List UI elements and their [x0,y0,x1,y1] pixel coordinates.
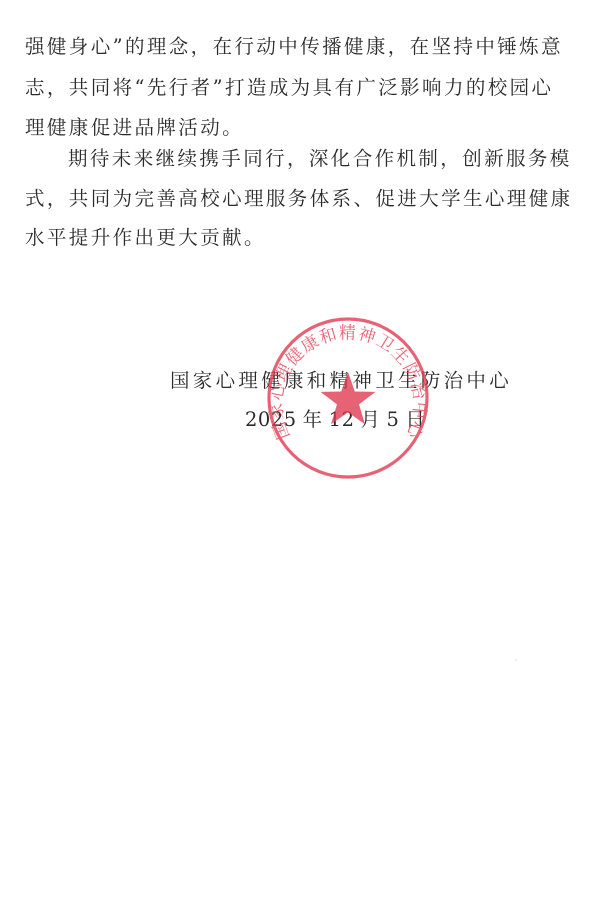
date-month: 12 [329,408,355,431]
date-year: 2025 [245,408,297,431]
date-year-unit: 年 [303,408,323,431]
paragraph-1-line-3: 理健康促进品牌活动。 [25,116,585,140]
paragraph-2-line-2: 式，共同为完善高校心理服务体系、促进大学生心理健康 [25,187,585,211]
document-page: 强健身心”的理念，在行动中传播健康，在坚持中锤炼意 志，共同将“先行者”打造成为… [0,0,607,912]
paragraph-1-line-2: 志，共同将“先行者”打造成为具有广泛影响力的校园心 [25,76,585,100]
date-month-unit: 月 [360,408,380,431]
official-seal-stamp: 国家心理健康和精神卫生防治中心 [266,316,430,480]
date-day: 5 [387,408,400,431]
signature-date: 2025年12月5日 [245,408,431,432]
paragraph-2-line-1: 期待未来继续携手同行，深化合作机制，创新服务模 [68,147,607,171]
scan-speck [515,659,517,661]
paragraph-2-line-3: 水平提升作出更大贡献。 [25,226,585,250]
date-day-unit: 日 [405,408,425,431]
signature-organization: 国家心理健康和精神卫生防治中心 [170,369,512,393]
paragraph-1-line-1: 强健身心”的理念，在行动中传播健康，在坚持中锤炼意 [25,35,585,59]
